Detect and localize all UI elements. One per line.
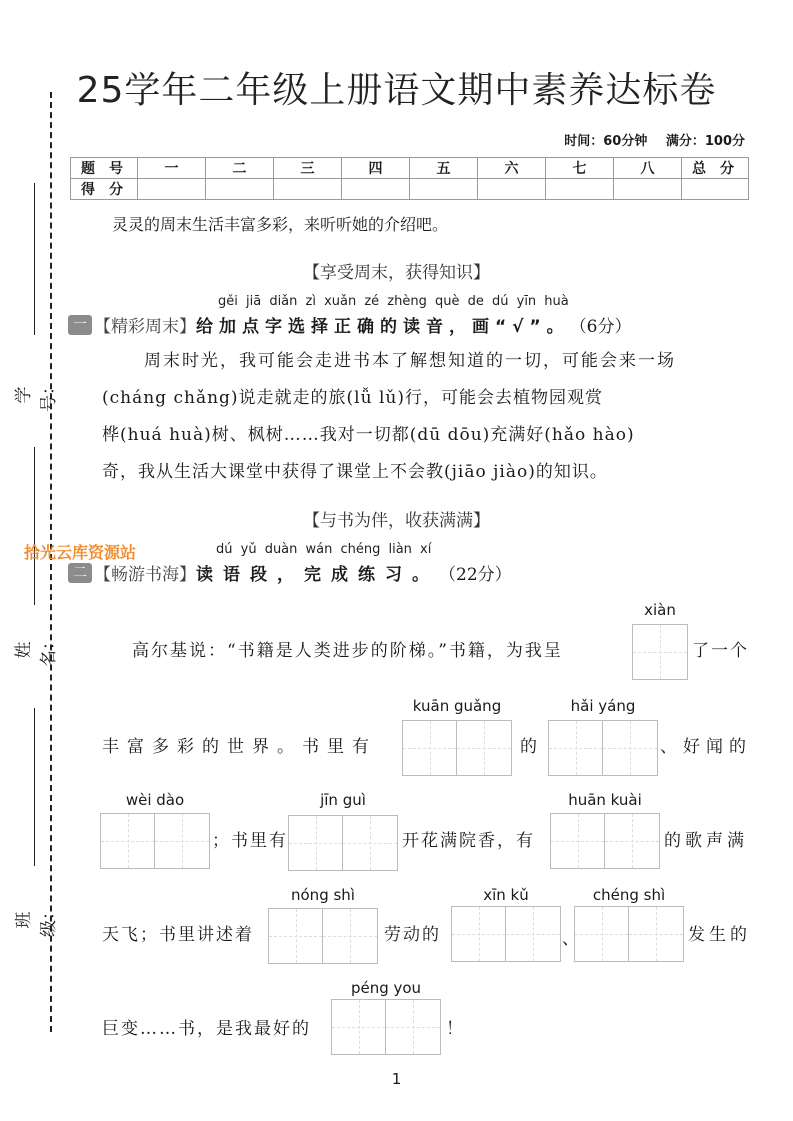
blank-pinyin-2: kuān guǎng (402, 697, 512, 715)
blank-pinyin-4: wèi dào (100, 791, 210, 809)
col-2: 二 (206, 158, 274, 179)
passage-line3-mid2: 开花满院香，有 (402, 826, 535, 851)
score-table-header-row: 题号 一 二 三 四 五 六 七 八 总分 (71, 158, 749, 179)
passage-line2-after: 、好闻的 (660, 732, 752, 757)
score-table-score-row: 得分 (71, 179, 749, 200)
class-label: 班级： (9, 900, 59, 940)
section2-pinyin: dú yǔ duàn wán chéng liàn xí (216, 542, 431, 557)
passage-line3-mid1: ；书里有 (212, 826, 288, 851)
blank-box-10[interactable] (331, 999, 441, 1055)
page-number: 1 (0, 1070, 793, 1088)
section1-paragraph: 周末时光，我可能会走进书本了解想知道的一切，可能会来一场 (cháng chǎn… (102, 343, 754, 491)
blank-pinyin-7: nóng shì (268, 886, 378, 904)
section2-points: （22分） (439, 560, 512, 585)
col-4: 四 (342, 158, 410, 179)
section1-badge: 一 (68, 315, 92, 335)
section2-heading: 【与书为伴，收获满满】 (0, 506, 793, 531)
score-cell[interactable] (274, 179, 342, 200)
name-label: 姓名： (9, 630, 59, 670)
score-cell[interactable] (410, 179, 478, 200)
score-cell[interactable] (138, 179, 206, 200)
total-score-cell[interactable] (682, 179, 749, 200)
col-7: 七 (546, 158, 614, 179)
col-6: 六 (478, 158, 546, 179)
section1-points: （6分） (570, 312, 632, 337)
blank-box-4[interactable] (100, 813, 210, 869)
blank-pinyin-8: xīn kǔ (451, 886, 561, 904)
col-8: 八 (614, 158, 682, 179)
col-3: 三 (274, 158, 342, 179)
para-line-2: (cháng chǎng)说走就走的旅(lǚ lǔ)行，可能会去植物园观赏 (102, 380, 754, 417)
intro-text: 灵灵的周末生活丰富多彩，来听听她的介绍吧。 (112, 212, 448, 235)
passage-line3-after: 的歌声满 (664, 826, 748, 851)
score-label: 得分 (71, 179, 138, 200)
blank-box-6[interactable] (550, 813, 660, 869)
blank-pinyin-1: xiàn (632, 601, 688, 619)
blank-box-7[interactable] (268, 908, 378, 964)
blank-box-3[interactable] (548, 720, 658, 776)
passage-line2-mid: 的 (520, 732, 539, 757)
section1-question: 一 【精彩周末】 给加点字选择正确的读音，画“√”。 （6分） (68, 312, 632, 337)
passage-line4-mid1: 劳动的 (384, 920, 441, 945)
col-5: 五 (410, 158, 478, 179)
blank-box-5[interactable] (288, 815, 398, 871)
blank-pinyin-5: jīn guì (288, 791, 398, 809)
section2-badge: 二 (68, 563, 92, 583)
passage-line4: 天飞；书里讲述着 (102, 920, 254, 945)
blank-box-2[interactable] (402, 720, 512, 776)
section1-heading: 【享受周末，获得知识】 (0, 258, 793, 283)
blank-pinyin-10: péng you (331, 979, 441, 997)
passage-line5: 巨变……书，是我最好的 (102, 1014, 311, 1039)
section1-instruction: 给加点字选择正确的读音，画“√”。 (196, 312, 570, 337)
section2-bracket-title: 【畅游书海】 (94, 560, 196, 585)
exam-meta: 时间：60分钟 满分：100分 (550, 130, 745, 149)
blank-box-1[interactable] (632, 624, 688, 680)
score-cell[interactable] (546, 179, 614, 200)
section1-pinyin: gěi jiā diǎn zì xuǎn zé zhèng què de dú … (218, 294, 569, 309)
class-line[interactable] (34, 708, 35, 866)
score-cell[interactable] (206, 179, 274, 200)
score-cell[interactable] (614, 179, 682, 200)
para-line-1: 周末时光，我可能会走进书本了解想知道的一切，可能会来一场 (102, 343, 754, 380)
passage-line5-after: ！ (446, 1014, 465, 1039)
exam-title: 25学年二年级上册语文期中素养达标卷 (0, 62, 793, 113)
blank-pinyin-3: hǎi yáng (548, 697, 658, 715)
student-no-label: 学号： (9, 375, 59, 415)
blank-pinyin-6: huān kuài (550, 791, 660, 809)
full-score: 满分：100分 (666, 134, 745, 149)
blank-box-8[interactable] (451, 906, 561, 962)
score-cell[interactable] (478, 179, 546, 200)
passage-line1-after: 了一个 (692, 636, 749, 661)
blank-pinyin-9: chéng shì (574, 886, 684, 904)
para-line-4: 奇，我从生活大课堂中获得了课堂上不会教(jiāo jiào)的知识。 (102, 454, 754, 491)
passage-line2: 丰富多彩的世界。书里有 (102, 732, 377, 757)
col-1: 一 (138, 158, 206, 179)
score-cell[interactable] (342, 179, 410, 200)
blank-box-9[interactable] (574, 906, 684, 962)
passage-line1: 高尔基说：“书籍是人类进步的阶梯。”书籍，为我呈 (132, 636, 563, 661)
total-label: 总分 (682, 158, 749, 179)
question-number-label: 题号 (71, 158, 138, 179)
section1-bracket-title: 【精彩周末】 (94, 312, 196, 337)
para-line-3: 桦(huá huà)树、枫树……我对一切都(dū dōu)充满好(hǎo hào… (102, 417, 754, 454)
section2-instruction: 读语段，完成练习。 (196, 560, 439, 585)
score-table: 题号 一 二 三 四 五 六 七 八 总分 得分 (70, 157, 749, 200)
time-limit: 时间：60分钟 (564, 134, 647, 149)
passage-line4-after: 发生的 (688, 920, 751, 945)
section2-question: 二 【畅游书海】 读语段，完成练习。 （22分） (68, 560, 512, 585)
